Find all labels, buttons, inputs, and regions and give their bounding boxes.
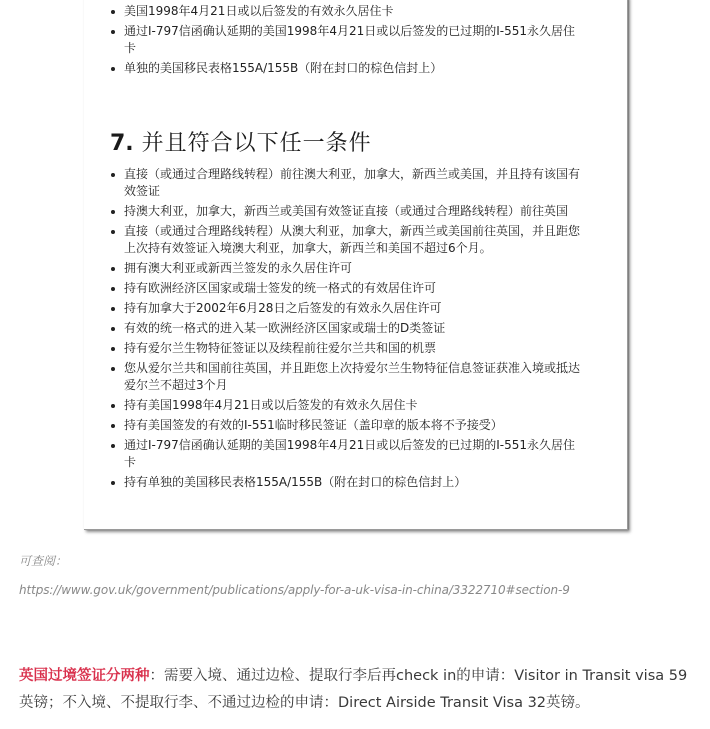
summary-paragraph: 英国过境签证分两种：需要入境、通过边检、提取行李后再check in的申请：Vi…: [19, 663, 699, 717]
list-item: 有效的统一格式的进入某一欧洲经济区国家或瑞士的D类签证: [110, 320, 580, 337]
list-item: 直接（或通过合理路线转程）前往澳大利亚，加拿大，新西兰或美国，并且持有该国有效签…: [110, 166, 580, 200]
section-number: 7.: [110, 131, 134, 156]
list-item-text: 持有加拿大于2002年6月28日之后签发的有效永久居住许可: [124, 301, 441, 315]
bullet-icon: [111, 287, 115, 291]
bullet-icon: [111, 173, 115, 177]
list-item-text: 直接（或通过合理路线转程）从澳大利亚，加拿大，新西兰或美国前往英国，并且距您上次…: [124, 224, 580, 255]
bullet-icon: [111, 424, 115, 428]
list-item: 美国1998年4月21日或以后签发的有效永久居住卡: [110, 3, 580, 20]
list-item-text: 持有爱尔兰生物特征签证以及续程前往爱尔兰共和国的机票: [124, 341, 436, 355]
list-item-text: 通过I-797信函确认延期的美国1998年4月21日或以后签发的已过期的I-55…: [124, 24, 575, 55]
list-item-text: 持有美国1998年4月21日或以后签发的有效永久居住卡: [124, 398, 417, 412]
list-item: 持澳大利亚，加拿大，新西兰或美国有效签证直接（或通过合理路线转程）前往英国: [110, 203, 580, 220]
bullet-icon: [111, 367, 115, 371]
list-item: 通过I-797信函确认延期的美国1998年4月21日或以后签发的已过期的I-55…: [110, 23, 580, 57]
list-item: 拥有澳大利亚或新西兰签发的永久居住许可: [110, 260, 580, 277]
list-item: 通过I-797信函确认延期的美国1998年4月21日或以后签发的已过期的I-55…: [110, 437, 580, 471]
list-item-text: 持澳大利亚，加拿大，新西兰或美国有效签证直接（或通过合理路线转程）前往英国: [124, 204, 568, 218]
list-item-text: 拥有澳大利亚或新西兰签发的永久居住许可: [124, 261, 352, 275]
bullet-icon: [111, 444, 115, 448]
section-title-text: 并且符合以下任一条件: [142, 131, 372, 156]
list-item-text: 直接（或通过合理路线转程）前往澳大利亚，加拿大，新西兰或美国，并且持有该国有效签…: [124, 167, 580, 198]
reference-label: 可查阅：: [19, 552, 67, 569]
list-item: 持有单独的美国移民表格155A/155B（附在封口的棕色信封上）: [110, 474, 580, 491]
list-item-text: 持有欧洲经济区国家或瑞士签发的统一格式的有效居住许可: [124, 281, 436, 295]
bullet-icon: [111, 10, 115, 14]
list-item-text: 单独的美国移民表格155A/155B（附在封口的棕色信封上）: [124, 61, 442, 75]
section-heading: 7. 并且符合以下任一条件: [110, 126, 372, 157]
bullet-icon: [111, 67, 115, 71]
list-item-text: 通过I-797信函确认延期的美国1998年4月21日或以后签发的已过期的I-55…: [124, 438, 575, 469]
list-item: 持有加拿大于2002年6月28日之后签发的有效永久居住许可: [110, 300, 580, 317]
list-item: 持有欧洲经济区国家或瑞士签发的统一格式的有效居住许可: [110, 280, 580, 297]
list-item: 单独的美国移民表格155A/155B（附在封口的棕色信封上）: [110, 60, 580, 77]
list-item-text: 您从爱尔兰共和国前往英国，并且距您上次持爱尔兰生物特征信息签证获准入境或抵达爱尔…: [124, 361, 580, 392]
list-item-text: 持有美国签发的有效的I-551临时移民签证（盖印章的版本将不予接受）: [124, 418, 503, 432]
bullet-icon: [111, 327, 115, 331]
list-item-text: 有效的统一格式的进入某一欧洲经济区国家或瑞士的D类签证: [124, 321, 445, 335]
bullet-icon: [111, 267, 115, 271]
document-list-top: 美国1998年4月21日或以后签发的有效永久居住卡 通过I-797信函确认延期的…: [110, 3, 580, 80]
bullet-icon: [111, 30, 115, 34]
list-item: 持有爱尔兰生物特征签证以及续程前往爱尔兰共和国的机票: [110, 340, 580, 357]
bullet-icon: [111, 307, 115, 311]
bullet-icon: [111, 347, 115, 351]
list-item: 持有美国1998年4月21日或以后签发的有效永久居住卡: [110, 397, 580, 414]
conditions-list: 直接（或通过合理路线转程）前往澳大利亚，加拿大，新西兰或美国，并且持有该国有效签…: [110, 166, 580, 494]
bullet-icon: [111, 230, 115, 234]
bullet-icon: [111, 404, 115, 408]
bullet-icon: [111, 210, 115, 214]
reference-link[interactable]: https://www.gov.uk/government/publicatio…: [19, 583, 570, 597]
list-item-text: 持有单独的美国移民表格155A/155B（附在封口的棕色信封上）: [124, 475, 466, 489]
screenshot-card: 美国1998年4月21日或以后签发的有效永久居住卡 通过I-797信函确认延期的…: [84, 0, 628, 530]
bullet-icon: [111, 481, 115, 485]
list-item: 持有美国签发的有效的I-551临时移民签证（盖印章的版本将不予接受）: [110, 417, 580, 434]
list-item: 您从爱尔兰共和国前往英国，并且距您上次持爱尔兰生物特征信息签证获准入境或抵达爱尔…: [110, 360, 580, 394]
list-item: 直接（或通过合理路线转程）从澳大利亚，加拿大，新西兰或美国前往英国，并且距您上次…: [110, 223, 580, 257]
summary-highlight: 英国过境签证分两种: [19, 668, 150, 684]
list-item-text: 美国1998年4月21日或以后签发的有效永久居住卡: [124, 4, 393, 18]
